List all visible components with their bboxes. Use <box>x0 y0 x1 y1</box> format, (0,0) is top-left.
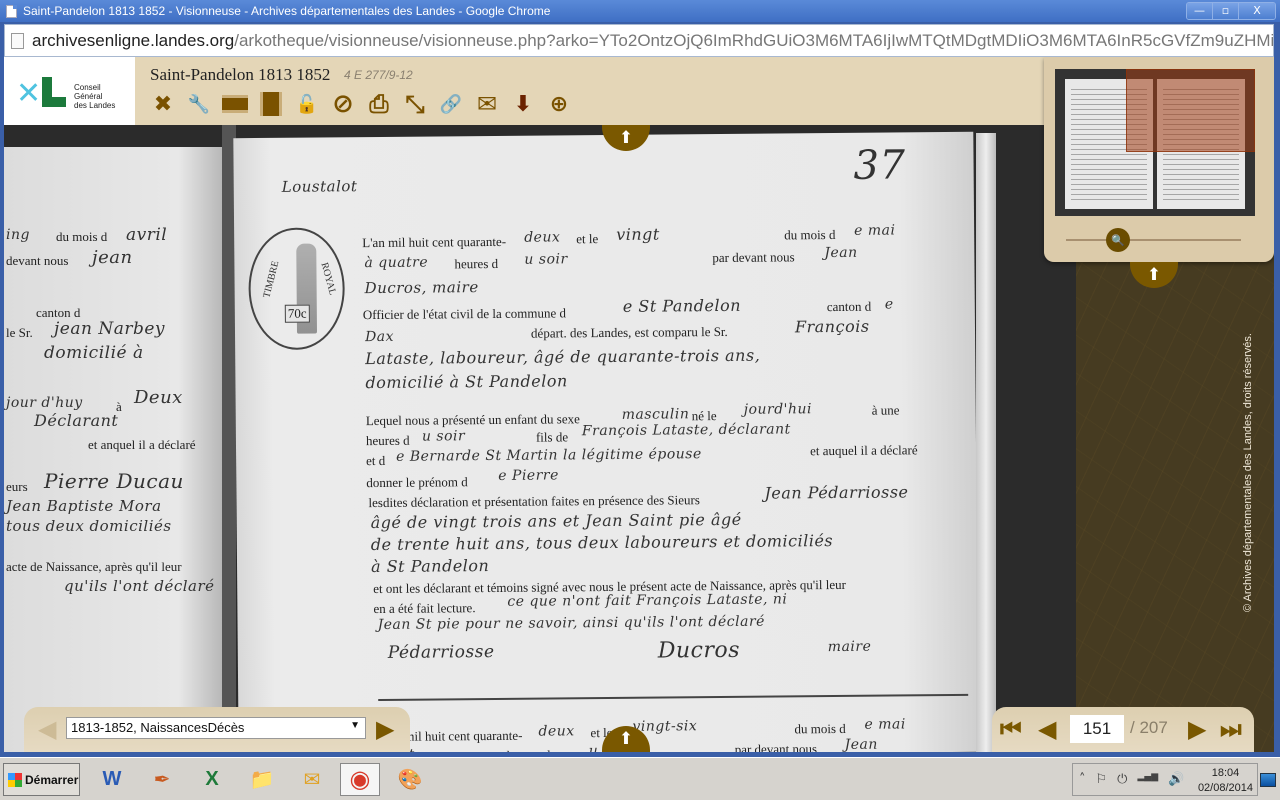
page-navigation: ⏮ ◀ 151 / 207 ▶ ⏭ <box>992 707 1254 752</box>
excel-glyph: X <box>205 768 218 791</box>
mail-icon[interactable]: ✉ <box>474 91 500 117</box>
url-host: archivesenligne.landes.org <box>32 31 234 51</box>
close-button[interactable]: X <box>1239 3 1275 19</box>
windows-flag-icon <box>8 773 22 787</box>
arrow-up-icon: ⬆ <box>619 729 633 749</box>
left-page: ing du mois d avril devant nous jean can… <box>4 147 222 752</box>
document-scan[interactable]: ing du mois d avril devant nous jean can… <box>4 125 1076 752</box>
overview-panel: 🔍 <box>1044 57 1274 262</box>
last-page-button[interactable]: ⏭ <box>1220 715 1242 743</box>
page-total: / 207 <box>1130 718 1168 738</box>
address-bar[interactable]: archivesenligne.landes.org/arkotheque/vi… <box>4 24 1274 57</box>
signature: maire <box>828 639 872 655</box>
system-tray: ˄ ⚐ ⏻ ▂▄▆ 🔊 18:04 02/08/2014 <box>1072 763 1258 796</box>
minimize-button[interactable]: — <box>1187 3 1213 19</box>
download-icon[interactable]: ⬇ <box>510 91 536 117</box>
url-path: /arkotheque/visionneuse/visionneuse.php?… <box>234 31 1274 51</box>
arrow-up-icon: ⬆ <box>1147 265 1161 285</box>
close-icon[interactable]: ✖ <box>150 91 176 117</box>
signature: Pédarriosse <box>388 642 495 663</box>
viewport-indicator[interactable] <box>1126 69 1255 152</box>
logo-x-mark: ✕ <box>16 79 41 109</box>
paint-icon[interactable]: 🎨 <box>390 763 430 796</box>
document-viewer: ing du mois d avril devant nous jean can… <box>4 57 1274 752</box>
show-desktop-button[interactable] <box>1260 773 1276 787</box>
thumbnail[interactable] <box>1055 69 1255 216</box>
taskbar: Démarrer W ✒ X 📁 ✉ ◉ 🎨 ˄ ⚐ ⏻ ▂▄▆ 🔊 18:04… <box>0 757 1280 800</box>
document-title: Saint-Pandelon 1813 1852 <box>150 65 330 85</box>
quill-glyph: ✒ <box>154 767 171 792</box>
link-icon[interactable]: 🔗 <box>438 91 464 117</box>
word-icon[interactable]: W <box>92 763 132 796</box>
page-number-input[interactable]: 151 <box>1070 715 1124 743</box>
arrow-up-icon: ⬆ <box>619 128 633 148</box>
first-page-button[interactable]: ⏮ <box>1000 715 1022 743</box>
logo-l-mark <box>42 77 66 107</box>
resize-icon[interactable]: ⤡ <box>402 91 428 117</box>
folio-number: 37 <box>853 142 905 188</box>
clock-date: 02/08/2014 <box>1198 781 1253 796</box>
archive-reference: 4 E 277/9-12 <box>344 68 413 82</box>
clock-time: 18:04 <box>1198 766 1253 781</box>
wrench-icon[interactable]: 🔧 <box>186 91 212 117</box>
page-icon <box>6 5 17 18</box>
window-controls: — ▫ X <box>1186 2 1276 20</box>
volume-icon[interactable]: 🔊 <box>1168 772 1184 787</box>
window-titlebar: Saint-Pandelon 1813 1852 - Visionneuse -… <box>0 0 1280 22</box>
word-glyph: W <box>103 768 122 791</box>
clock[interactable]: 18:04 02/08/2014 <box>1198 766 1253 796</box>
fit-width-icon[interactable] <box>222 91 248 117</box>
power-icon[interactable]: ⏻ <box>1117 772 1127 787</box>
outlook-glyph: ✉ <box>304 767 321 792</box>
right-page: Loustalot 37 TIMBRE ROYAL 70c L'an mil h… <box>233 132 978 752</box>
series-select[interactable]: 1813-1852, NaissancesDécès ▼ <box>66 717 366 739</box>
maximize-button[interactable]: ▫ <box>1213 3 1239 19</box>
signature: Ducros <box>658 638 740 664</box>
window-title: Saint-Pandelon 1813 1852 - Visionneuse -… <box>23 4 550 18</box>
next-series-button[interactable]: ▶ <box>376 715 394 743</box>
unlock-icon[interactable]: 🔓 <box>294 91 320 117</box>
toolbar: ✖ 🔧 🔓 ⊘ ⎙ ⤡ 🔗 ✉ ⬇ ⊕ <box>150 91 572 117</box>
zoom-slider[interactable] <box>1066 239 1241 241</box>
excel-icon[interactable]: X <box>192 763 232 796</box>
dropdown-caret-icon: ▼ <box>350 720 360 731</box>
quill-icon[interactable]: ✒ <box>142 763 182 796</box>
zoom-handle[interactable]: 🔍 <box>1106 228 1130 252</box>
series-navigation: ◀ 1813-1852, NaissancesDécès ▼ ▶ <box>24 707 410 752</box>
action-center-flag-icon[interactable]: ⚐ <box>1096 772 1108 787</box>
chrome-glyph: ◉ <box>350 765 371 794</box>
outlook-icon[interactable]: ✉ <box>292 763 332 796</box>
previous-series-button[interactable]: ◀ <box>38 715 56 743</box>
viewer-header: ✕ Conseil Général des Landes Saint-Pande… <box>4 57 1044 125</box>
page-edge <box>976 133 996 752</box>
show-hidden-icons-icon[interactable]: ˄ <box>1079 772 1086 787</box>
previous-page-button[interactable]: ◀ <box>1038 715 1056 743</box>
chrome-icon[interactable]: ◉ <box>340 763 380 796</box>
print-icon[interactable]: ⎙ <box>366 91 392 117</box>
start-label: Démarrer <box>25 773 78 787</box>
series-select-value: 1813-1852, NaissancesDécès <box>71 720 244 735</box>
paint-glyph: 🎨 <box>398 767 423 792</box>
explorer-glyph: 📁 <box>250 767 275 792</box>
forbidden-icon[interactable]: ⊘ <box>330 91 356 117</box>
start-button[interactable]: Démarrer <box>3 763 80 796</box>
divider <box>378 694 968 701</box>
fit-height-icon[interactable] <box>258 91 284 117</box>
copyright-notice: © Archives départementales des Landes, d… <box>1242 282 1254 612</box>
logo-text: Conseil Général des Landes <box>74 83 115 110</box>
tax-stamp: TIMBRE ROYAL 70c <box>248 227 345 350</box>
network-signal-icon[interactable]: ▂▄▆ <box>1137 772 1158 787</box>
page-icon <box>11 33 24 49</box>
logo[interactable]: ✕ Conseil Général des Landes <box>4 57 135 125</box>
basket-add-icon[interactable]: ⊕ <box>546 91 572 117</box>
magnifier-icon: 🔍 <box>1111 235 1125 247</box>
explorer-icon[interactable]: 📁 <box>242 763 282 796</box>
next-page-button[interactable]: ▶ <box>1188 715 1206 743</box>
margin-name: Loustalot <box>282 177 358 196</box>
